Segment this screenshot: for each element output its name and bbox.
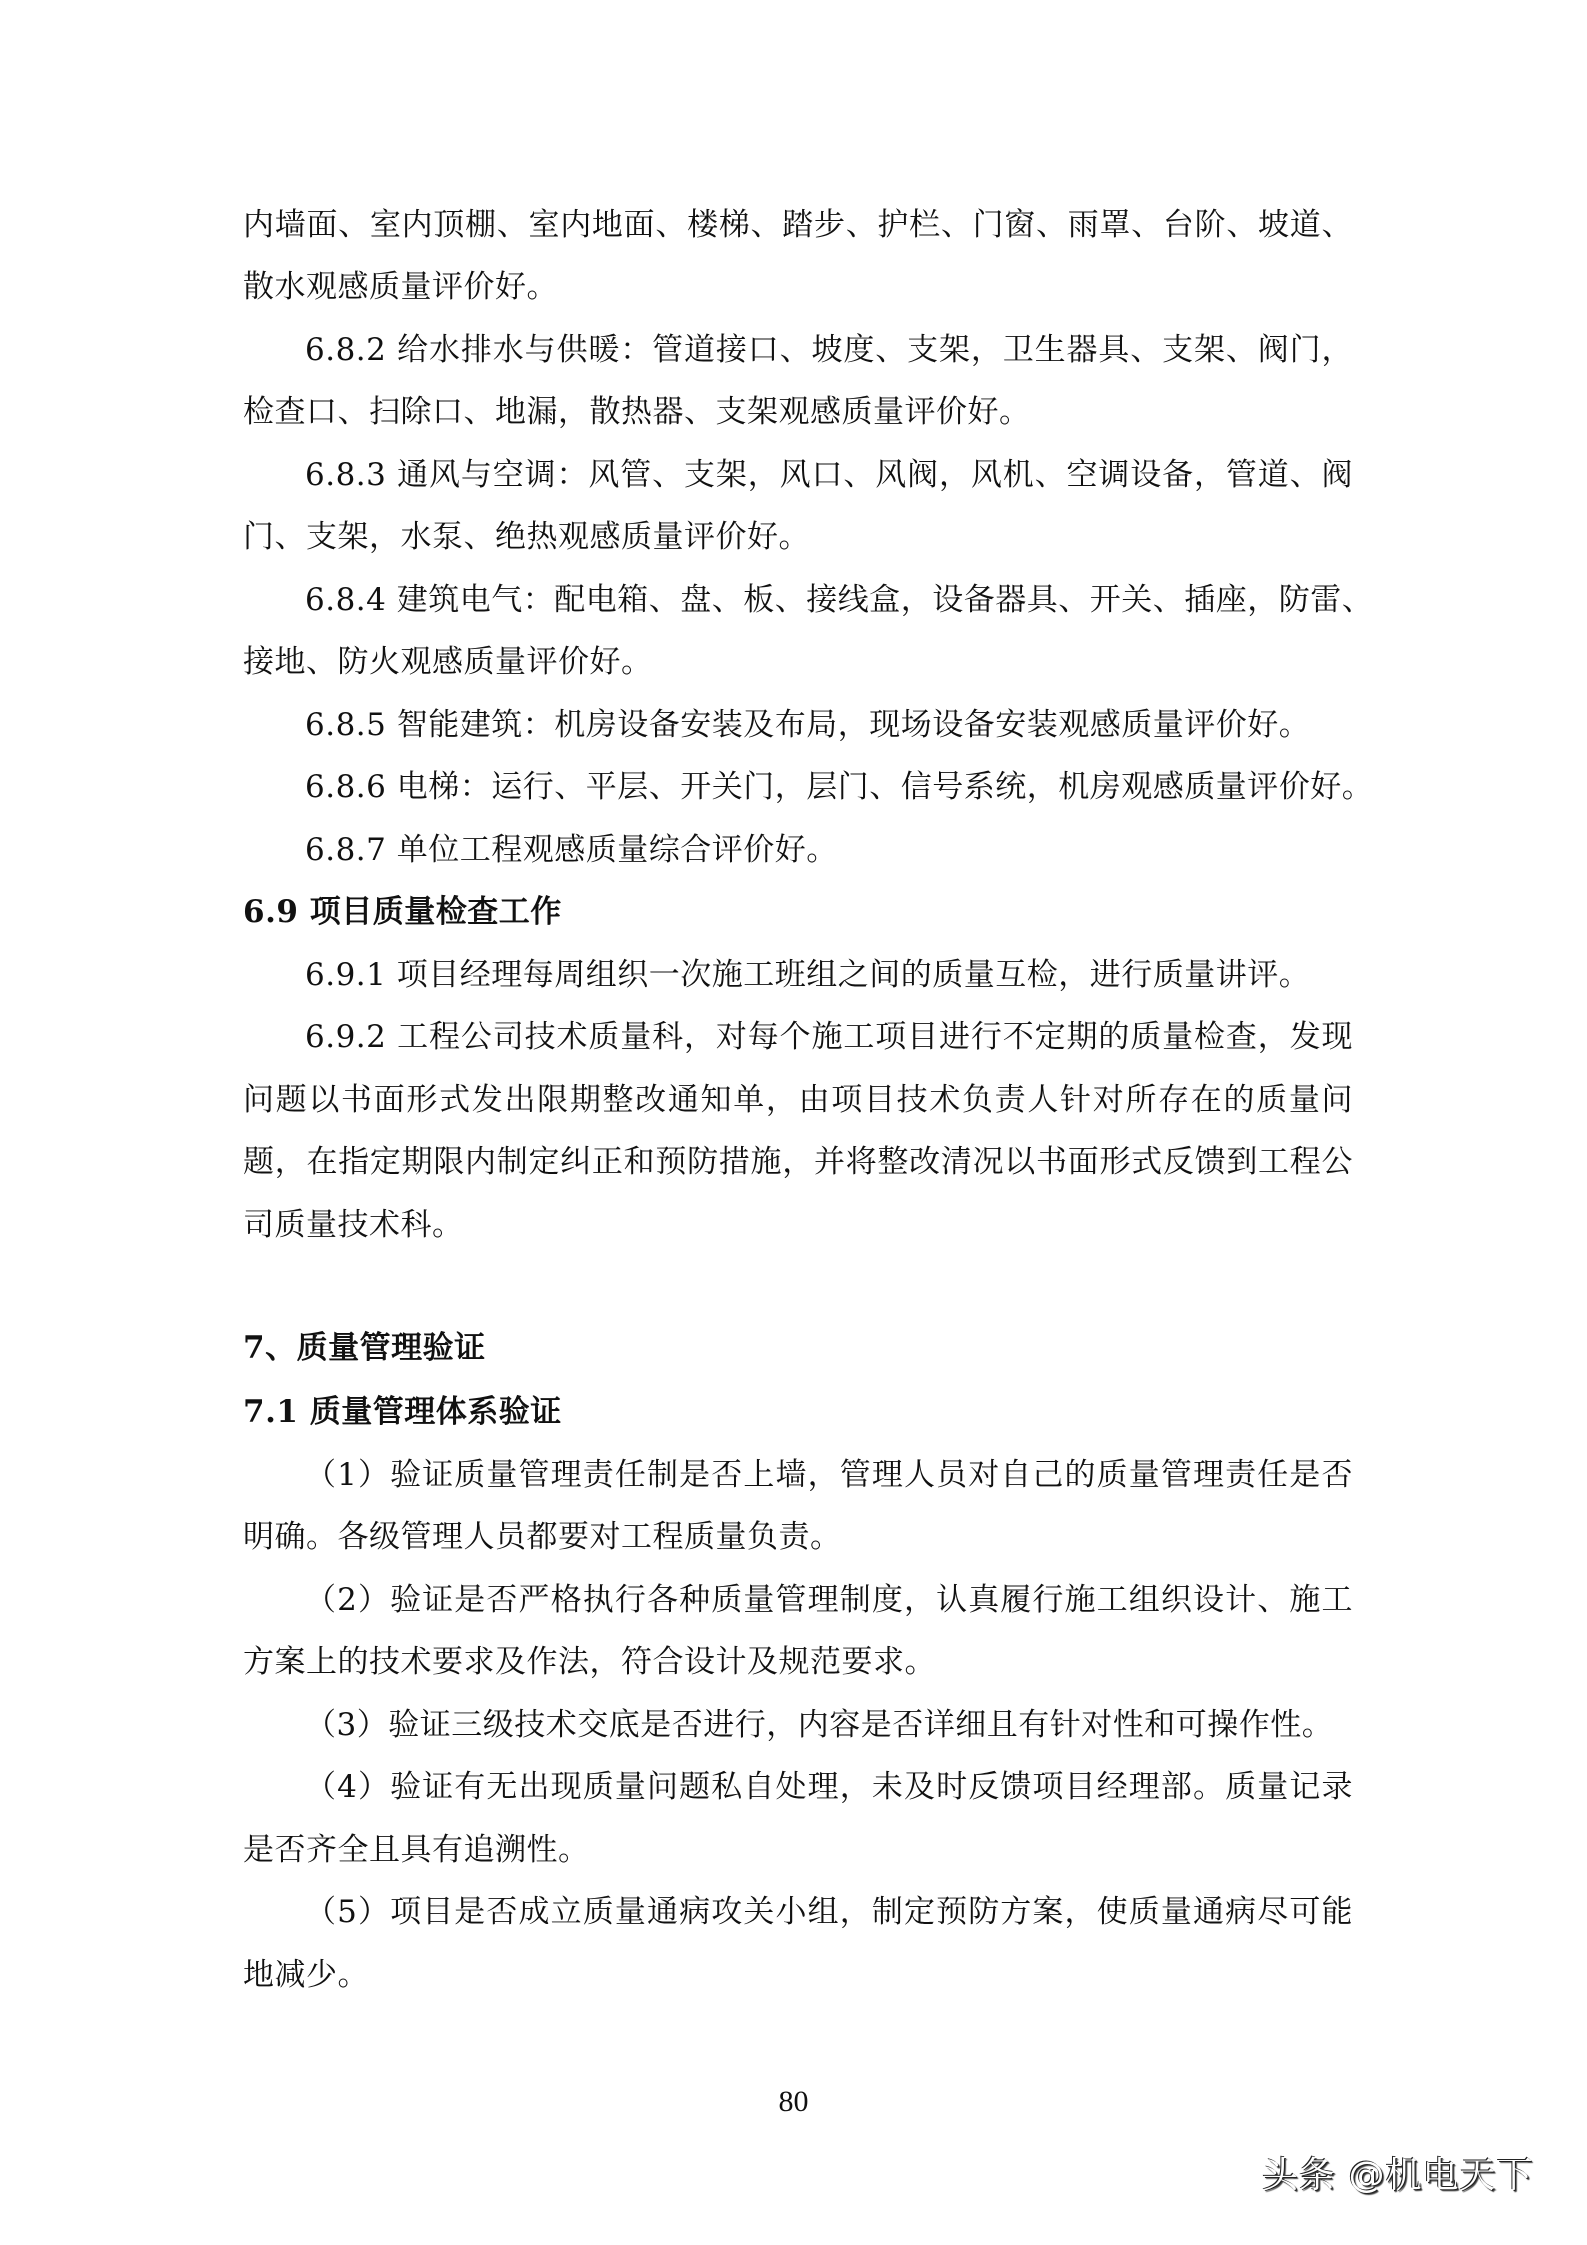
item-1: （1）验证质量管理责任制是否上墙，管理人员对自己的质量管理责任是否 xyxy=(305,1455,1353,1495)
clause-6-8-3: 6.8.3 通风与空调：风管、支架，风口、风阀，风机、空调设备，管道、阀 xyxy=(305,455,1353,495)
paragraph-line: 接地、防火观感质量评价好。 xyxy=(243,642,1353,682)
clause-6-8-5: 6.8.5 智能建筑：机房设备安装及布局，现场设备安装观感质量评价好。 xyxy=(305,705,1353,745)
clause-6-8-4: 6.8.4 建筑电气：配电箱、盘、板、接线盒，设备器具、开关、插座，防雷、 xyxy=(305,580,1353,620)
item-4: （4）验证有无出现质量问题私自处理，未及时反馈项目经理部。质量记录 xyxy=(305,1767,1353,1807)
document-page: 内墙面、室内顶棚、室内地面、楼梯、踏步、护栏、门窗、雨罩、台阶、坡道、 散水观感… xyxy=(0,0,1587,2245)
clause-6-9-1: 6.9.1 项目经理每周组织一次施工班组之间的质量互检，进行质量讲评。 xyxy=(305,955,1353,995)
section-heading-6-9: 6.9 项目质量检查工作 xyxy=(243,892,1353,932)
paragraph-line: 明确。各级管理人员都要对工程质量负责。 xyxy=(243,1517,1353,1557)
clause-6-9-2: 6.9.2 工程公司技术质量科，对每个施工项目进行不定期的质量检查，发现 xyxy=(305,1017,1353,1057)
page-number: 80 xyxy=(0,2085,1587,2119)
item-2: （2）验证是否严格执行各种质量管理制度，认真履行施工组织设计、施工 xyxy=(305,1580,1353,1620)
watermark: 头条 @机电天下 xyxy=(1262,2147,1533,2198)
paragraph-line: 内墙面、室内顶棚、室内地面、楼梯、踏步、护栏、门窗、雨罩、台阶、坡道、 xyxy=(243,205,1353,245)
paragraph-line: 问题以书面形式发出限期整改通知单，由项目技术负责人针对所存在的质量问 xyxy=(243,1080,1353,1120)
paragraph-line: 司质量技术科。 xyxy=(243,1205,1353,1245)
clause-6-8-2: 6.8.2 给水排水与供暖：管道接口、坡度、支架，卫生器具、支架、阀门， xyxy=(305,330,1353,370)
clause-6-8-6: 6.8.6 电梯：运行、平层、开关门，层门、信号系统，机房观感质量评价好。 xyxy=(305,767,1353,807)
chapter-heading-7: 7、质量管理验证 xyxy=(243,1328,1353,1368)
paragraph-line: 地减少。 xyxy=(243,1955,1353,1995)
clause-6-8-7: 6.8.7 单位工程观感质量综合评价好。 xyxy=(305,830,1353,870)
paragraph-line: 方案上的技术要求及作法，符合设计及规范要求。 xyxy=(243,1642,1353,1682)
item-5: （5）项目是否成立质量通病攻关小组，制定预防方案，使质量通病尽可能 xyxy=(305,1892,1353,1932)
section-heading-7-1: 7.1 质量管理体系验证 xyxy=(243,1392,1353,1432)
paragraph-line: 散水观感质量评价好。 xyxy=(243,267,1353,307)
paragraph-line: 是否齐全且具有追溯性。 xyxy=(243,1830,1353,1870)
paragraph-line: 题，在指定期限内制定纠正和预防措施，并将整改清况以书面形式反馈到工程公 xyxy=(243,1142,1353,1182)
paragraph-line: 检查口、扫除口、地漏，散热器、支架观感质量评价好。 xyxy=(243,392,1353,432)
paragraph-line: 门、支架，水泵、绝热观感质量评价好。 xyxy=(243,517,1353,557)
item-3: （3）验证三级技术交底是否进行，内容是否详细且有针对性和可操作性。 xyxy=(305,1705,1353,1745)
